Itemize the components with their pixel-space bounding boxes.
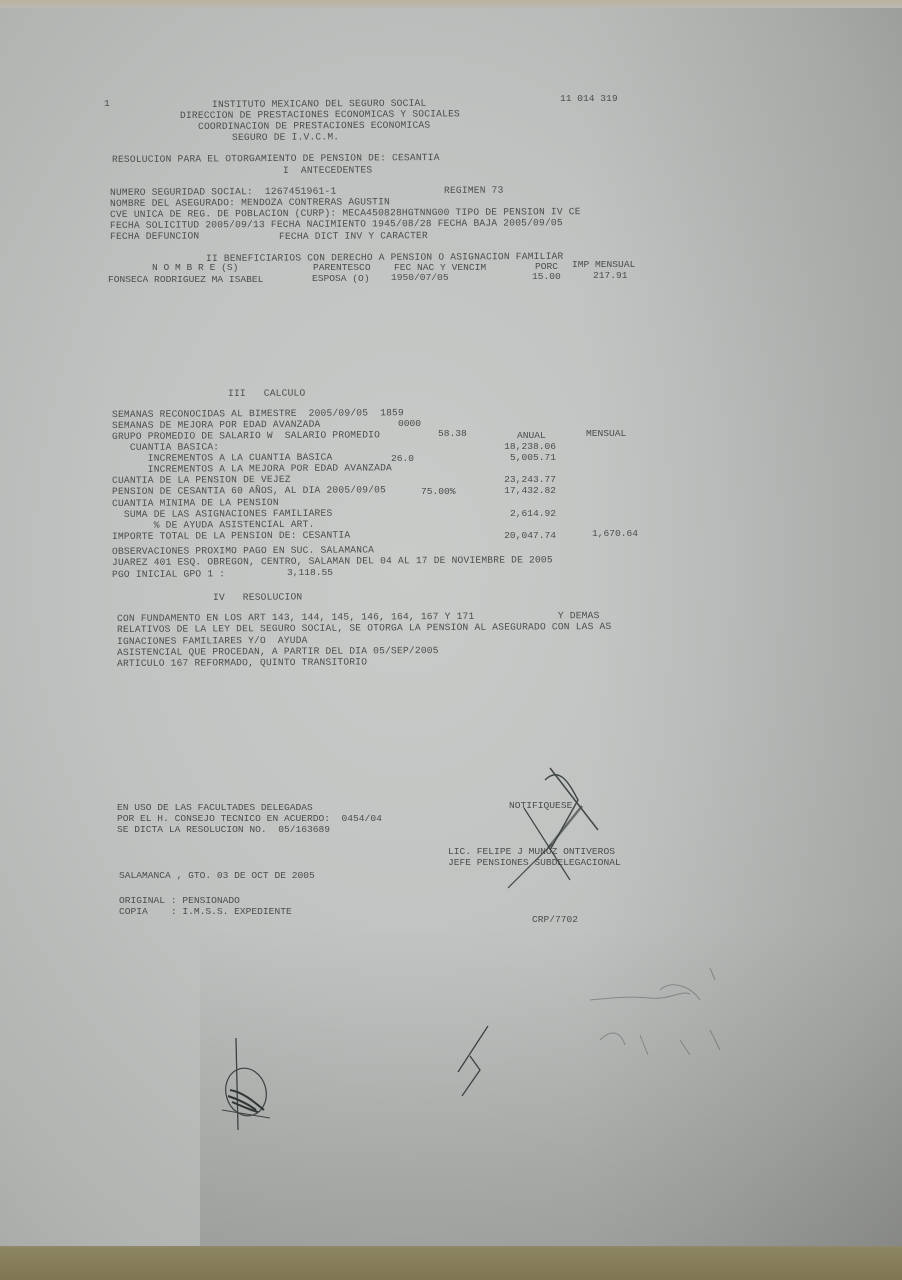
section3-heading: III CALCULO [228, 388, 306, 399]
original-line: ORIGINAL : PENSIONADO [119, 895, 240, 906]
facultades-line-1: EN USO DE LAS FACULTADES DELEGADAS [117, 802, 313, 813]
calc-row-label: IMPORTE TOTAL DE LA PENSION DE: CESANTIA [112, 529, 350, 541]
nss-value: 1267451961-1 [265, 186, 337, 197]
lugar-fecha: SALAMANCA , GTO. 03 DE OCT DE 2005 [119, 870, 315, 881]
regimen-value: 73 [492, 185, 504, 196]
resolucion-line-5: ARTICULO 167 REFORMADO, QUINTO TRANSITOR… [117, 656, 367, 669]
beneficiary-imp-mensual: 217.91 [593, 270, 628, 281]
calc-row-mensual: 1,670.64 [560, 528, 638, 539]
facultades-line-2: POR EL H. CONSEJO TECNICO EN ACUERDO: 04… [117, 813, 382, 824]
fecha-dict-label: FECHA DICT INV Y CARACTER [279, 230, 428, 242]
calc-row-label: % DE AYUDA ASISTENCIAL ART. [112, 518, 315, 530]
beneficiary-fecha: 1950/07/05 [391, 272, 449, 283]
calc-row-anual: 18,238.06 [470, 441, 556, 452]
folio-number: 11 014 319 [560, 93, 618, 104]
nombre-label: NOMBRE DEL ASEGURADO: [110, 197, 235, 209]
calc-row-anual: 2,614.92 [470, 508, 556, 519]
semanas-fecha: 2005/09/05 [309, 407, 369, 418]
calc-row-pct: 75.00% [421, 486, 456, 497]
col-parentesco: PARENTESCO [313, 262, 371, 273]
semanas-row: SEMANAS RECONOCIDAS AL BIMESTRE 2005/09/… [112, 407, 404, 420]
page-marker: 1 [104, 98, 110, 109]
fecha-solicitud-value: 2005/09/13 [205, 219, 265, 230]
fecha-solicitud-label: FECHA SOLICITUD [110, 219, 199, 231]
col-anual: ANUAL [517, 430, 546, 441]
header-line-3: COORDINACION DE PRESTACIONES ECONOMICAS [198, 120, 430, 132]
semanas-value: 1859 [380, 407, 404, 418]
beneficiary-porc: 15.00 [532, 271, 561, 282]
calc-row-label: CUANTIA MINIMA DE LA PENSION [112, 496, 279, 508]
pago-inicial-label: PGO INICIAL GPO 1 : [112, 568, 225, 580]
regimen-row: REGIMEN 73 [444, 185, 504, 196]
clave-ref: CRP/7702 [532, 914, 578, 925]
calc-row-anual: 23,243.77 [470, 474, 556, 485]
col-mensual: MENSUAL [586, 428, 626, 439]
grupo-value: 58.38 [438, 428, 467, 439]
nss-label: NUMERO SEGURIDAD SOCIAL: [110, 186, 253, 198]
section4-heading: IV RESOLUCION [213, 591, 302, 603]
tipo-label: TIPO DE PENSION [456, 206, 545, 218]
fecha-defuncion-label: FECHA DEFUNCION [110, 230, 199, 242]
calc-row-anual: 5,005.71 [470, 452, 556, 463]
calc-row-label: SUMA DE LAS ASIGNACIONES FAMILIARES [112, 507, 332, 519]
calc-row-label: PENSION DE CESANTIA 60 AÑOS, AL DIA 2005… [112, 485, 386, 498]
calc-row-label: CUANTIA BASICA: [112, 441, 219, 453]
beneficiary-nombre: FONSECA RODRIGUEZ MA ISABEL [108, 274, 263, 285]
calc-row-anual: 17,432.82 [470, 485, 556, 496]
copia-line: COPIA : I.M.S.S. EXPEDIENTE [119, 906, 292, 917]
col-nombre: N O M B R E (S) [152, 262, 238, 273]
regimen-label: REGIMEN [444, 185, 486, 196]
facultades-line-3: SE DICTA LA RESOLUCION NO. 05/163689 [117, 824, 330, 835]
semanas-mejora-value: 0000 [398, 418, 421, 429]
header-line-4: SEGURO DE I.V.C.M. [232, 131, 339, 143]
page-shadow-bottom [200, 926, 902, 1246]
tipo-value: IV CE [551, 206, 581, 217]
document-title: RESOLUCION PARA EL OTORGAMIENTO DE PENSI… [112, 152, 440, 165]
col-imp-mensual: IMP MENSUAL [572, 259, 635, 270]
fecha-nacimiento-value: 1945/08/28 [372, 218, 432, 229]
firmante-cargo: JEFE PENSIONES SUBDELEGACIONAL [448, 857, 621, 868]
fecha-nacimiento-label: FECHA NACIMIENTO [271, 218, 366, 230]
grupo-label: GRUPO PROMEDIO DE SALARIO W SALARIO PROM… [112, 429, 380, 442]
nombre-value: MENDOZA CONTRERAS AGUSTIN [241, 196, 390, 208]
curp-value: MECA450828HGTNNG00 [342, 207, 449, 219]
fecha-baja-value: 2005/09/05 [503, 217, 563, 228]
calc-row-anual: 20,047.74 [470, 530, 556, 541]
fecha-baja-label: FECHA BAJA [438, 218, 498, 229]
section1-heading: I ANTECEDENTES [283, 164, 372, 176]
calc-row-pct: 26.0 [391, 453, 414, 464]
firmante-nombre: LIC. FELIPE J MUNOZ ONTIVEROS [448, 846, 615, 857]
pago-inicial-value: 3,118.55 [287, 567, 333, 578]
notifiquese-label: NOTIFIQUESE [509, 800, 572, 811]
beneficiary-parentesco: ESPOSA (O) [312, 273, 370, 284]
section2-heading: II BENEFICIARIOS CON DERECHO A PENSION O… [206, 251, 563, 264]
